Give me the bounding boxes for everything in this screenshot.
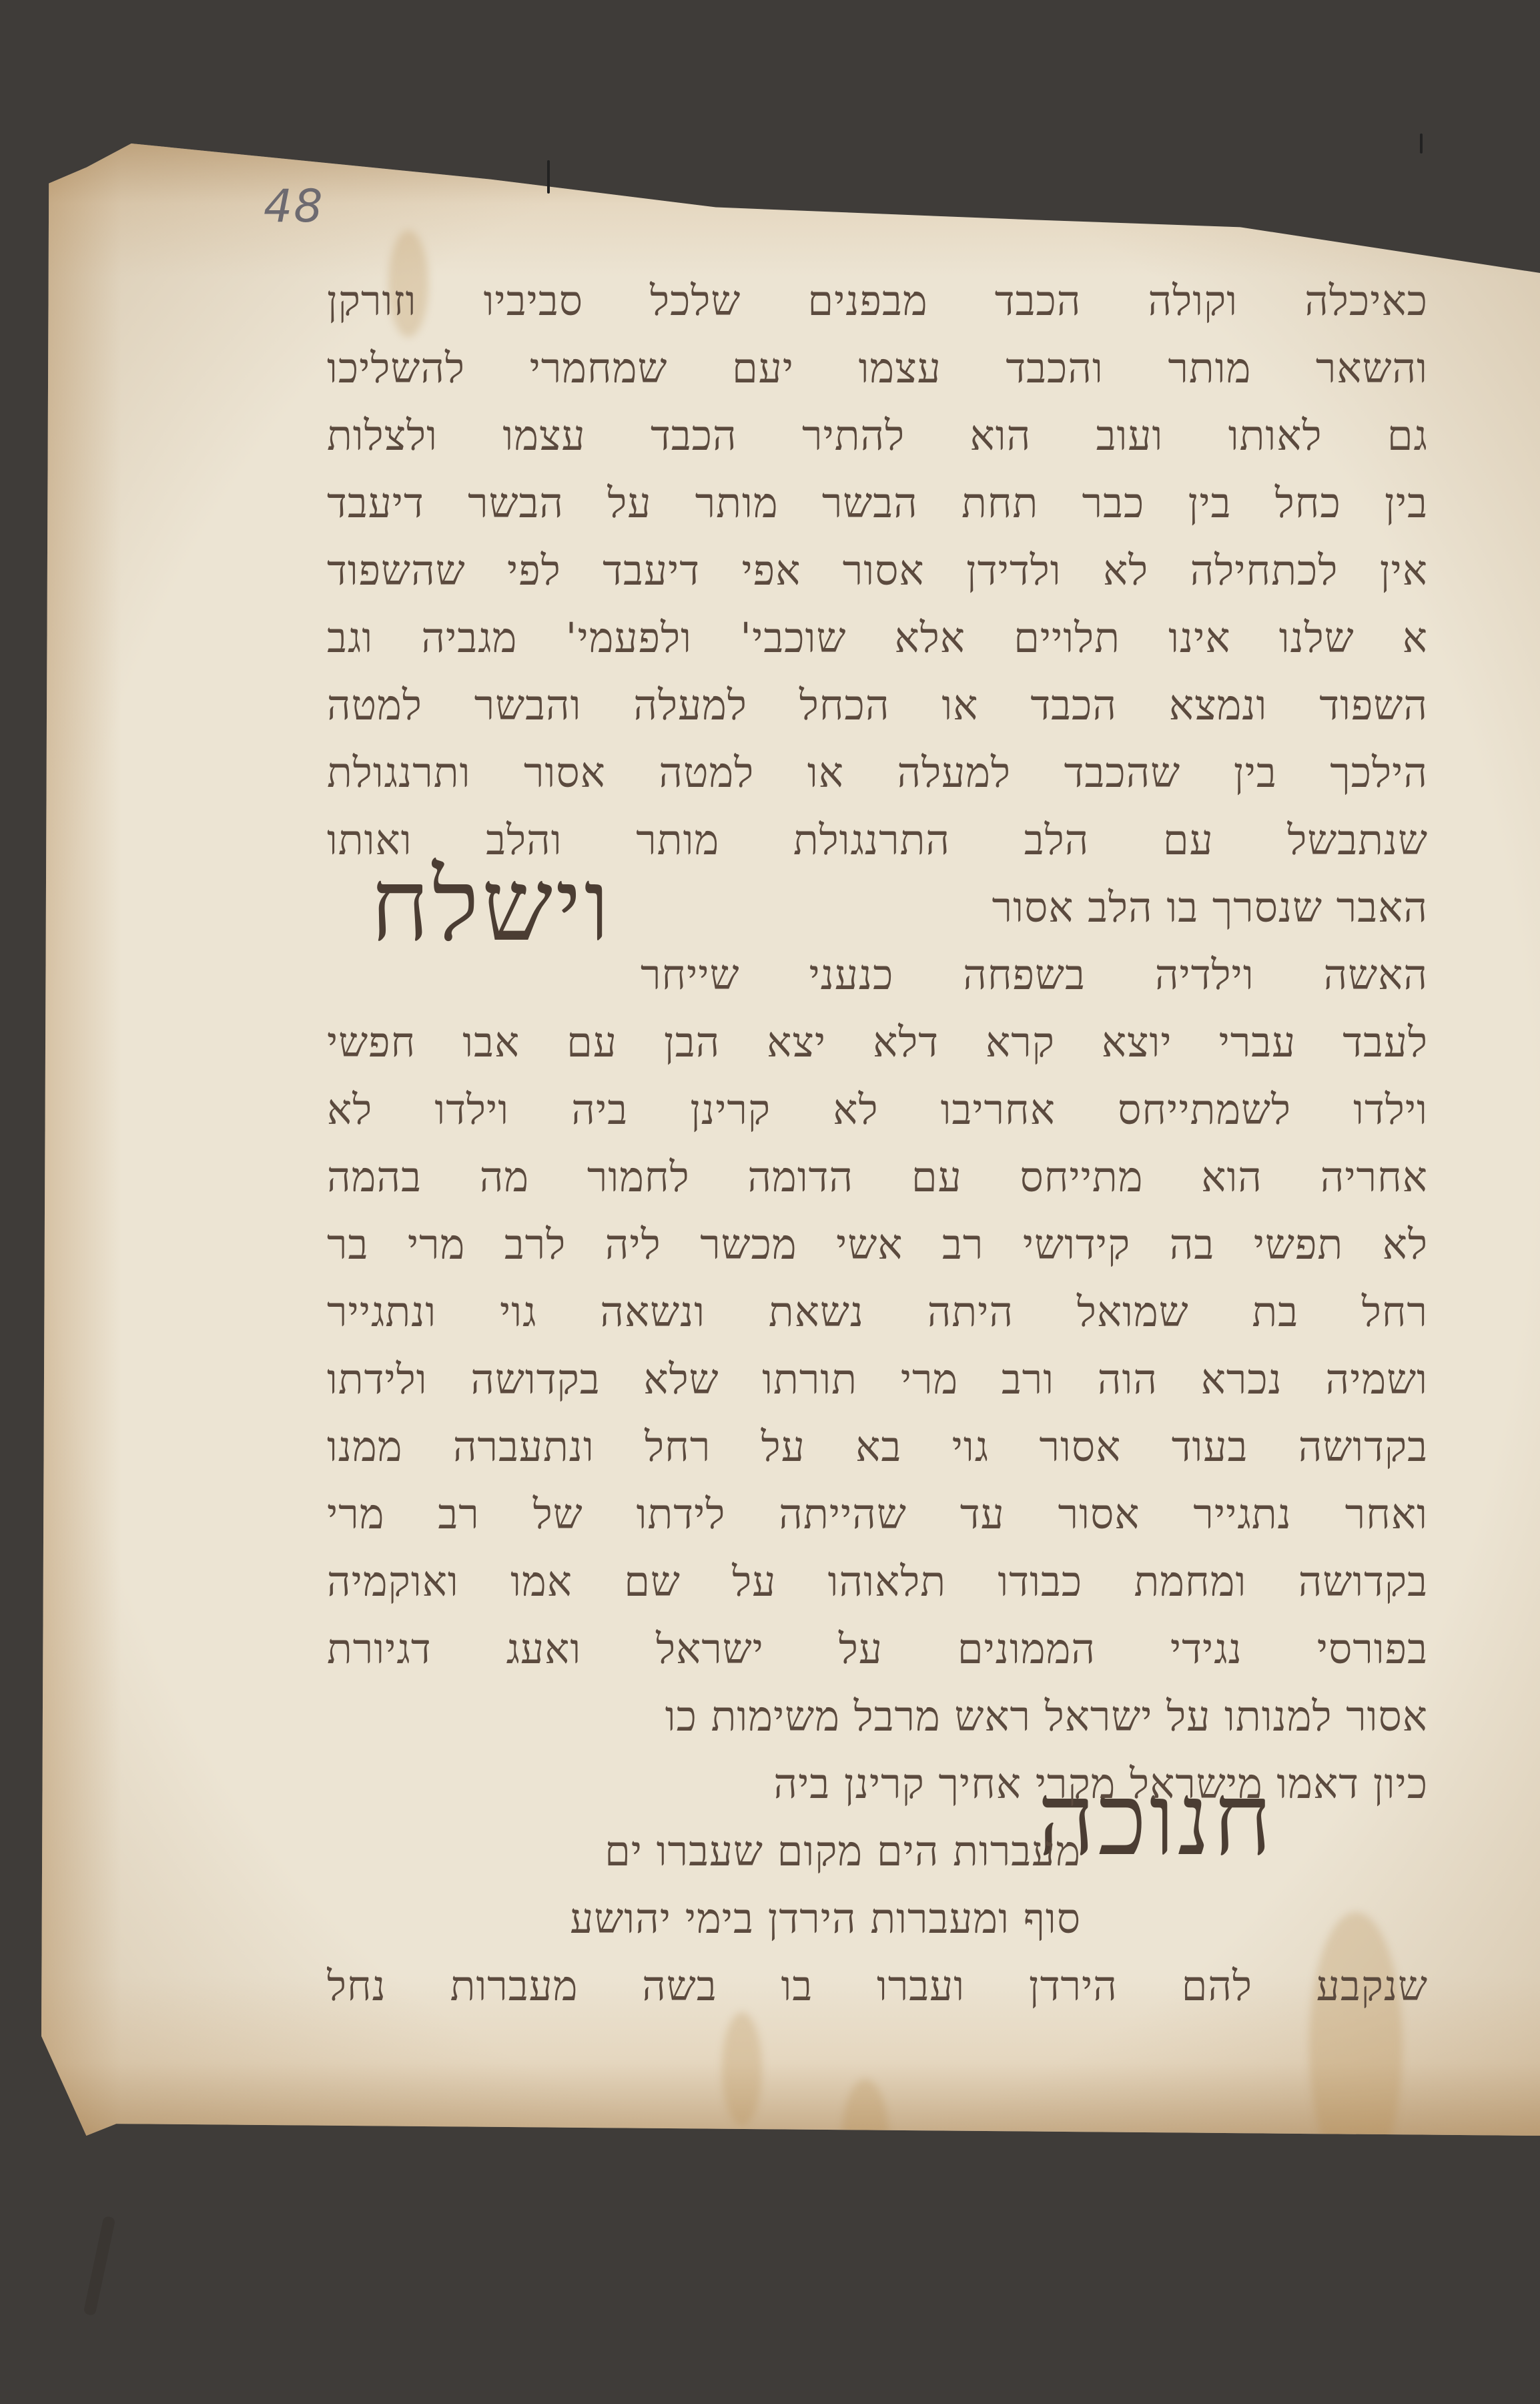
text-line: שנקבע להם הירדן ועברו בו בשה מעברות נחל — [327, 1952, 1428, 2020]
text-line: בפורסי נגידי הממונים על ישראל ואעג דגיור… — [327, 1615, 1428, 1683]
text-line: האשה וילדיה בשפחה כנעני שייחר — [641, 941, 1428, 1008]
text-line: בקדושה ומחמת כבודו תלאוהו על שם אמו ואוק… — [327, 1548, 1428, 1615]
text-line: אחריה הוא מתייחס עם הדומה לחמור מה בהמה — [327, 1143, 1428, 1211]
manuscript-text: כאיכלה וקולה הכבד מבפנים שלכל סביביו וזו… — [327, 267, 1428, 2020]
text-line: כאיכלה וקולה הכבד מבפנים שלכל סביביו וזו… — [327, 267, 1428, 334]
text-line: אין לכתחילה לא ולדידן אסור אפי דיעבד לפי… — [327, 537, 1428, 604]
text-line: לעבד עברי יוצא קרא דלא יצא הבן עם אבו חפ… — [327, 1008, 1428, 1076]
text-line: האבר שנסרך בו הלב אסור — [641, 874, 1428, 941]
text-line: בין כחל בין כבר תחת הבשר מותר על הבשר די… — [327, 469, 1428, 537]
ink-blot — [83, 2216, 116, 2316]
text-line: וילדו לשמתייחס אחריבו לא קרינן ביה וילדו… — [327, 1076, 1428, 1143]
text-line: השפוד ונמצא הכבד או הכחל למעלה והבשר למט… — [327, 671, 1428, 739]
water-stain — [722, 2012, 762, 2126]
text-line: הילכך בין שהכבד למעלה או למטה אסור ותרנג… — [327, 739, 1428, 806]
text-line: מעברות הים מקום שעברו ים — [340, 1817, 1081, 1885]
text-line: אסור למנותו על ישראל ראש מרבל משימות כו — [380, 1683, 1428, 1750]
margin-mark — [547, 160, 550, 194]
water-stain — [842, 2079, 889, 2199]
text-line: גם לאותו ועוב הוא להתיר הכבד עצמו ולצלות — [327, 402, 1428, 469]
text-line: א שלנו אינו תלויים אלא שוכבי' ולפעמי' מג… — [327, 604, 1428, 671]
text-line: ואחר נתגייר אסור עד שהייתה לידתו של רב מ… — [327, 1480, 1428, 1548]
text-line: ושמיה נכרא הוה ורב מרי תורתו שלא בקדושה … — [327, 1345, 1428, 1413]
text-line: לא תפשי בה קידושי רב אשי מכשר ליה לרב מר… — [327, 1211, 1428, 1278]
page-number: 48 — [264, 180, 324, 233]
margin-mark — [1420, 133, 1423, 154]
text-line: רחל בת שמואל היתה נשאת ונשאה גוי ונתגייר — [327, 1278, 1428, 1345]
text-line: כיון דאמו מישראל מקרי אחיך קרינן ביה — [447, 1750, 1428, 1817]
text-line: והשאר מותר והכבד עצמו יעם שמחמרי להשליכו — [327, 334, 1428, 402]
text-line: שנתבשל עם הלב התרנגולת מותר והלב ואותו — [327, 806, 1428, 874]
text-line: סוף ומעברות הירדן בימי יהושע — [327, 1885, 1081, 1952]
text-line: בקדושה בעוד אסור גוי בא על רחל ונתעברה מ… — [327, 1413, 1428, 1480]
